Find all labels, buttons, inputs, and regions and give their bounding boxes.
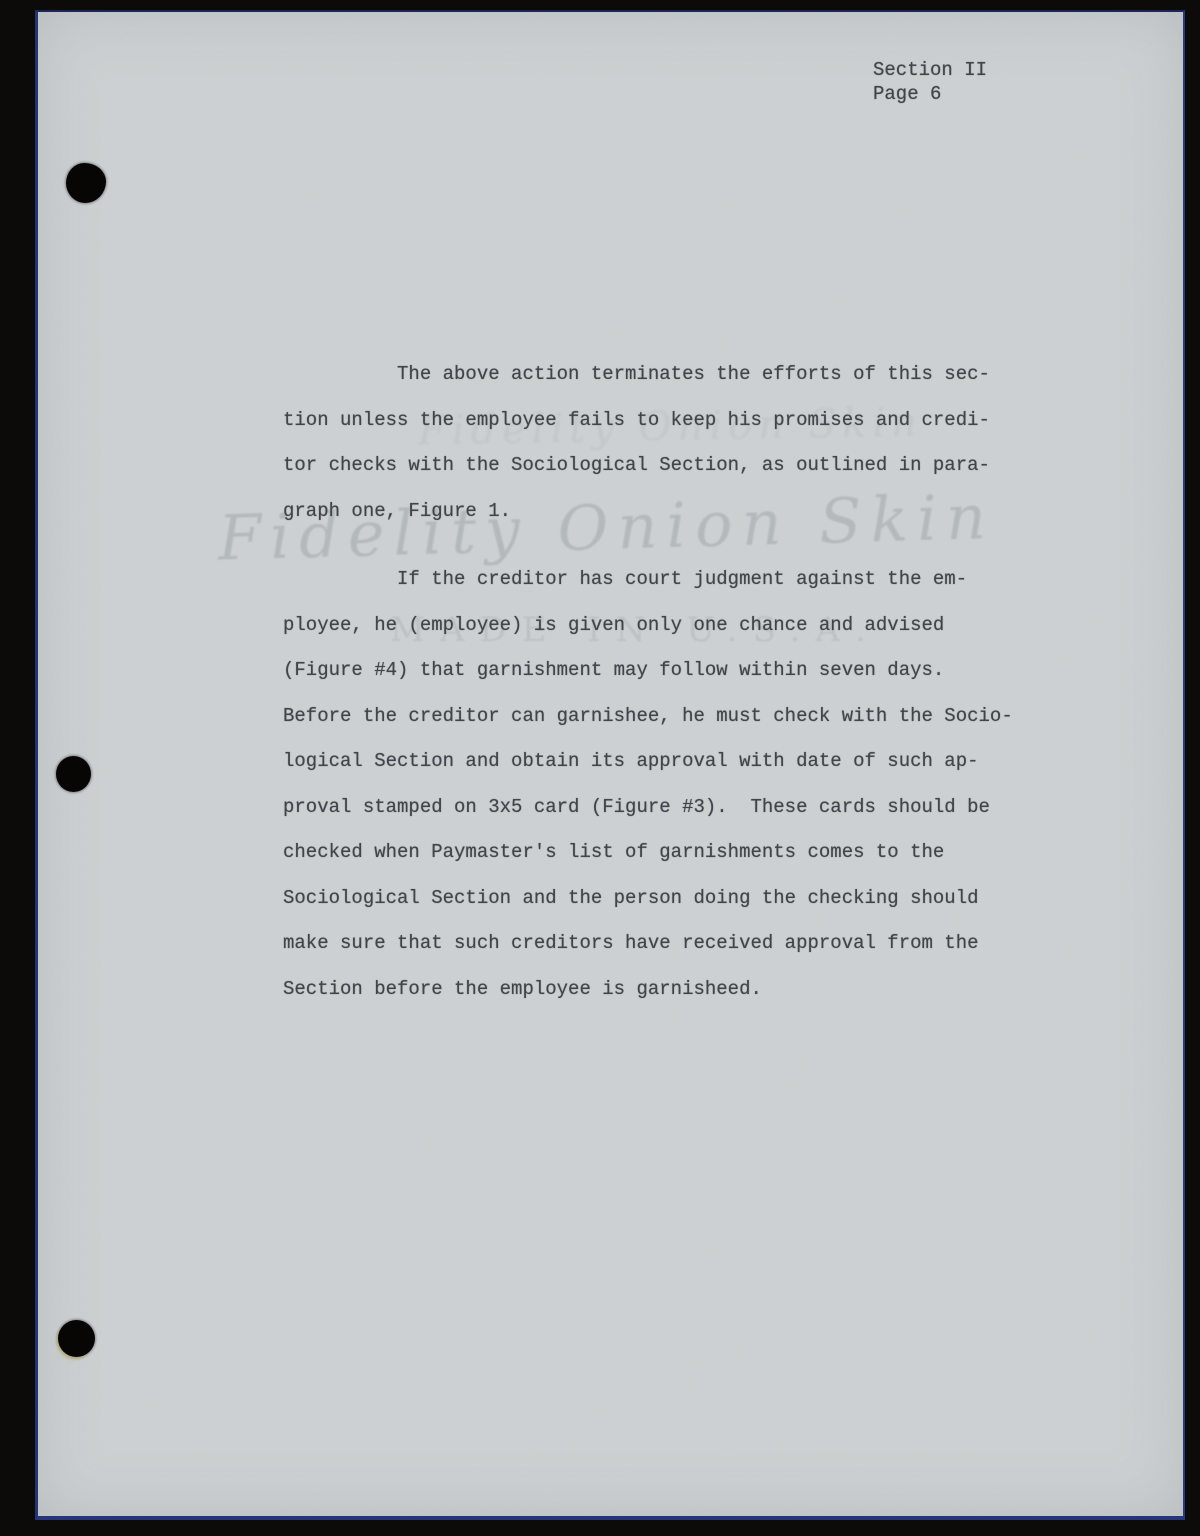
text-line: (Figure #4) that garnishment may follow … bbox=[283, 648, 1043, 694]
text-line: tor checks with the Sociological Section… bbox=[283, 443, 1043, 489]
document-page: Fidelity Onion Skin Fidelity Onion Skin … bbox=[35, 10, 1185, 1520]
text-line: checked when Paymaster's list of garnish… bbox=[283, 830, 1043, 876]
punch-hole-top bbox=[66, 163, 106, 203]
text-line: Section before the employee is garnishee… bbox=[283, 967, 1043, 1013]
text-line: Before the creditor can garnishee, he mu… bbox=[283, 694, 1043, 740]
punch-hole-middle bbox=[56, 756, 91, 792]
punch-hole-bottom bbox=[58, 1320, 95, 1357]
text-line: If the creditor has court judgment again… bbox=[283, 557, 1043, 603]
text-line: ployee, he (employee) is given only one … bbox=[283, 603, 1043, 649]
text-line: proval stamped on 3x5 card (Figure #3). … bbox=[283, 785, 1043, 831]
header-page-number: Page 6 bbox=[873, 82, 987, 106]
text-line: The above action terminates the efforts … bbox=[283, 352, 1043, 398]
paragraph-1: The above action terminates the efforts … bbox=[283, 352, 1043, 534]
text-line: tion unless the employee fails to keep h… bbox=[283, 398, 1043, 444]
text-line: make sure that such creditors have recei… bbox=[283, 921, 1043, 967]
paragraph-2: If the creditor has court judgment again… bbox=[283, 557, 1043, 1012]
scanned-document: Fidelity Onion Skin Fidelity Onion Skin … bbox=[0, 0, 1200, 1536]
text-line: graph one, Figure 1. bbox=[283, 489, 1043, 535]
page-header: Section II Page 6 bbox=[873, 58, 987, 106]
text-line: Sociological Section and the person doin… bbox=[283, 876, 1043, 922]
text-line: logical Section and obtain its approval … bbox=[283, 739, 1043, 785]
header-section-label: Section II bbox=[873, 58, 987, 82]
